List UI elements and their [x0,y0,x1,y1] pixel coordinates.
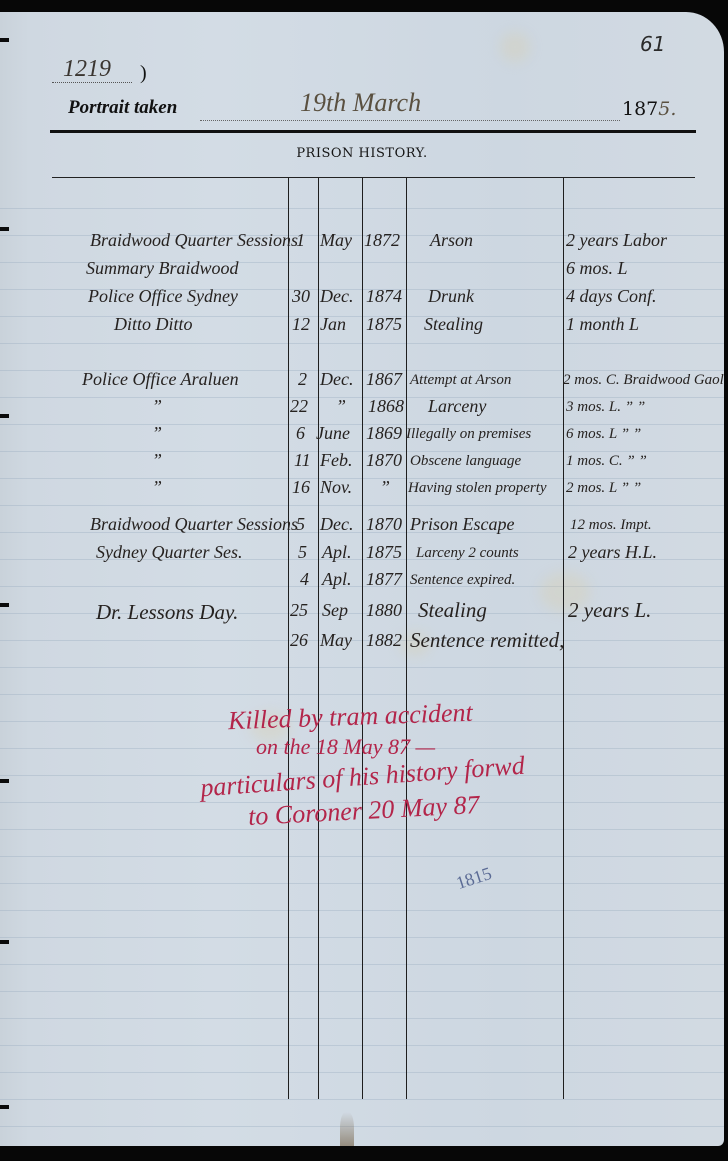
column-divider [288,178,289,1099]
record-month: Dec. [320,514,353,535]
record-court: ” [152,423,162,444]
record-offence: Prison Escape [410,514,514,535]
record-year: 1870 [366,514,402,535]
portrait-year-handwritten: 5. [658,98,676,120]
record-sentence: 4 days Conf. [566,286,657,307]
reference-dotted-line [52,82,132,83]
ink-smudge [340,1112,354,1146]
record-day: 12 [292,314,310,335]
record-court: ” [152,477,162,498]
binding-mark [0,38,9,42]
record-month: Jan [320,314,346,335]
table-top-rule [52,177,695,178]
record-sentence: 2 years L. [568,598,651,623]
record-day: 5 [298,542,307,563]
record-offence: Larceny 2 counts [416,545,519,562]
record-sentence: 2 mos. L ” ” [566,480,641,497]
record-day: 11 [294,450,311,471]
record-year: 1870 [366,450,402,471]
ruled-line [0,1099,724,1100]
record-offence: Larceny [428,396,486,417]
record-sentence: 1 month L [566,314,639,335]
portrait-year: 1875. [622,98,676,120]
record-offence: Arson [430,230,473,251]
record-month: Apl. [322,542,352,563]
record-offence: Having stolen property [408,480,547,497]
binding-mark [0,414,9,418]
record-court: Braidwood Quarter Sessions [90,230,298,251]
record-court: ” [152,396,162,417]
binding-mark [0,1105,9,1109]
record-court: Dr. Lessons Day. [96,600,238,625]
record-year: 1869 [366,423,402,444]
record-day: 5 [296,514,305,535]
binding-mark [0,603,9,607]
binding-mark [0,779,9,783]
record-day: 16 [292,477,310,498]
record-day: 6 [296,423,305,444]
record-day: 1 [296,230,305,251]
record-sentence: 3 mos. L. ” ” [566,399,645,416]
binding-mark [0,227,9,231]
record-day: 22 [290,396,308,417]
portrait-dotted-line [200,120,620,121]
record-offence: Attempt at Arson [410,372,511,389]
record-sentence: 12 mos. Impt. [570,517,652,534]
paper-stain [500,32,530,62]
record-year: 1868 [368,396,404,417]
annotation-red-line: Killed by tram accident [228,698,474,737]
record-day: 30 [292,286,310,307]
record-offence: Stealing [424,314,483,335]
record-year: 1875 [366,542,402,563]
reference-paren: ) [140,62,147,85]
record-month: May [320,630,352,651]
record-month: June [316,423,350,444]
record-sentence: 2 years Labor [566,230,667,251]
record-court: Police Office Araluen [82,369,239,390]
document-page: 61 1219 ) Portrait taken 19th March 1875… [0,12,724,1146]
record-day: 26 [290,630,308,651]
record-court: Ditto Ditto [114,314,193,335]
column-divider [362,178,363,1099]
record-year: 1882 [366,630,402,651]
portrait-date: 19th March [300,88,421,118]
record-year: 1867 [366,369,402,390]
pencil-annotation: 1815 [454,863,495,894]
column-divider [406,178,407,1099]
record-day: 25 [290,600,308,621]
record-month: Nov. [320,477,352,498]
record-court: Braidwood Quarter Sessions [90,514,298,535]
record-court: Summary Braidwood [86,258,239,279]
record-court: ” [152,450,162,471]
portrait-year-printed: 187 [622,98,658,120]
record-court: Police Office Sydney [88,286,238,307]
record-month: Feb. [320,450,352,471]
record-court: Sydney Quarter Ses. [96,542,242,563]
binding-mark [0,940,9,944]
annotation-red-line: on the 18 May 87 — [256,734,435,760]
record-year: 1874 [366,286,402,307]
page-number: 61 [640,32,665,56]
record-sentence: 2 years H.L. [568,542,657,563]
record-offence: Sentence expired. [410,572,515,589]
record-month: Dec. [320,369,353,390]
header-divider [50,130,696,133]
column-divider [318,178,319,1099]
record-offence: Obscene language [410,453,521,470]
portrait-taken-label: Portrait taken [68,97,177,119]
record-sentence: 6 mos. L ” ” [566,426,641,443]
record-month: Dec. [320,286,353,307]
record-year: 1880 [366,600,402,621]
record-offence: Drunk [428,286,474,307]
record-month: May [320,230,352,251]
record-month: Apl. [322,569,352,590]
record-month: Sep [322,600,348,621]
record-year: 1875 [366,314,402,335]
record-month: ” [336,396,346,417]
record-offence: Illegally on premises [406,426,531,443]
record-sentence: 2 mos. C. Braidwood Gaol [563,372,724,389]
ruled-line [0,1126,724,1127]
section-title: PRISON HISTORY. [0,146,724,161]
record-sentence: 1 mos. C. ” ” [566,453,647,470]
record-offence: Sentence remitted, [410,628,564,653]
record-year: 1877 [366,569,402,590]
reference-number: 1219 [63,56,111,83]
record-offence: Stealing [418,598,487,623]
record-year: ” [380,477,390,498]
record-day: 4 [300,569,309,590]
record-year: 1872 [364,230,400,251]
record-day: 2 [298,369,307,390]
record-sentence: 6 mos. L [566,258,628,279]
